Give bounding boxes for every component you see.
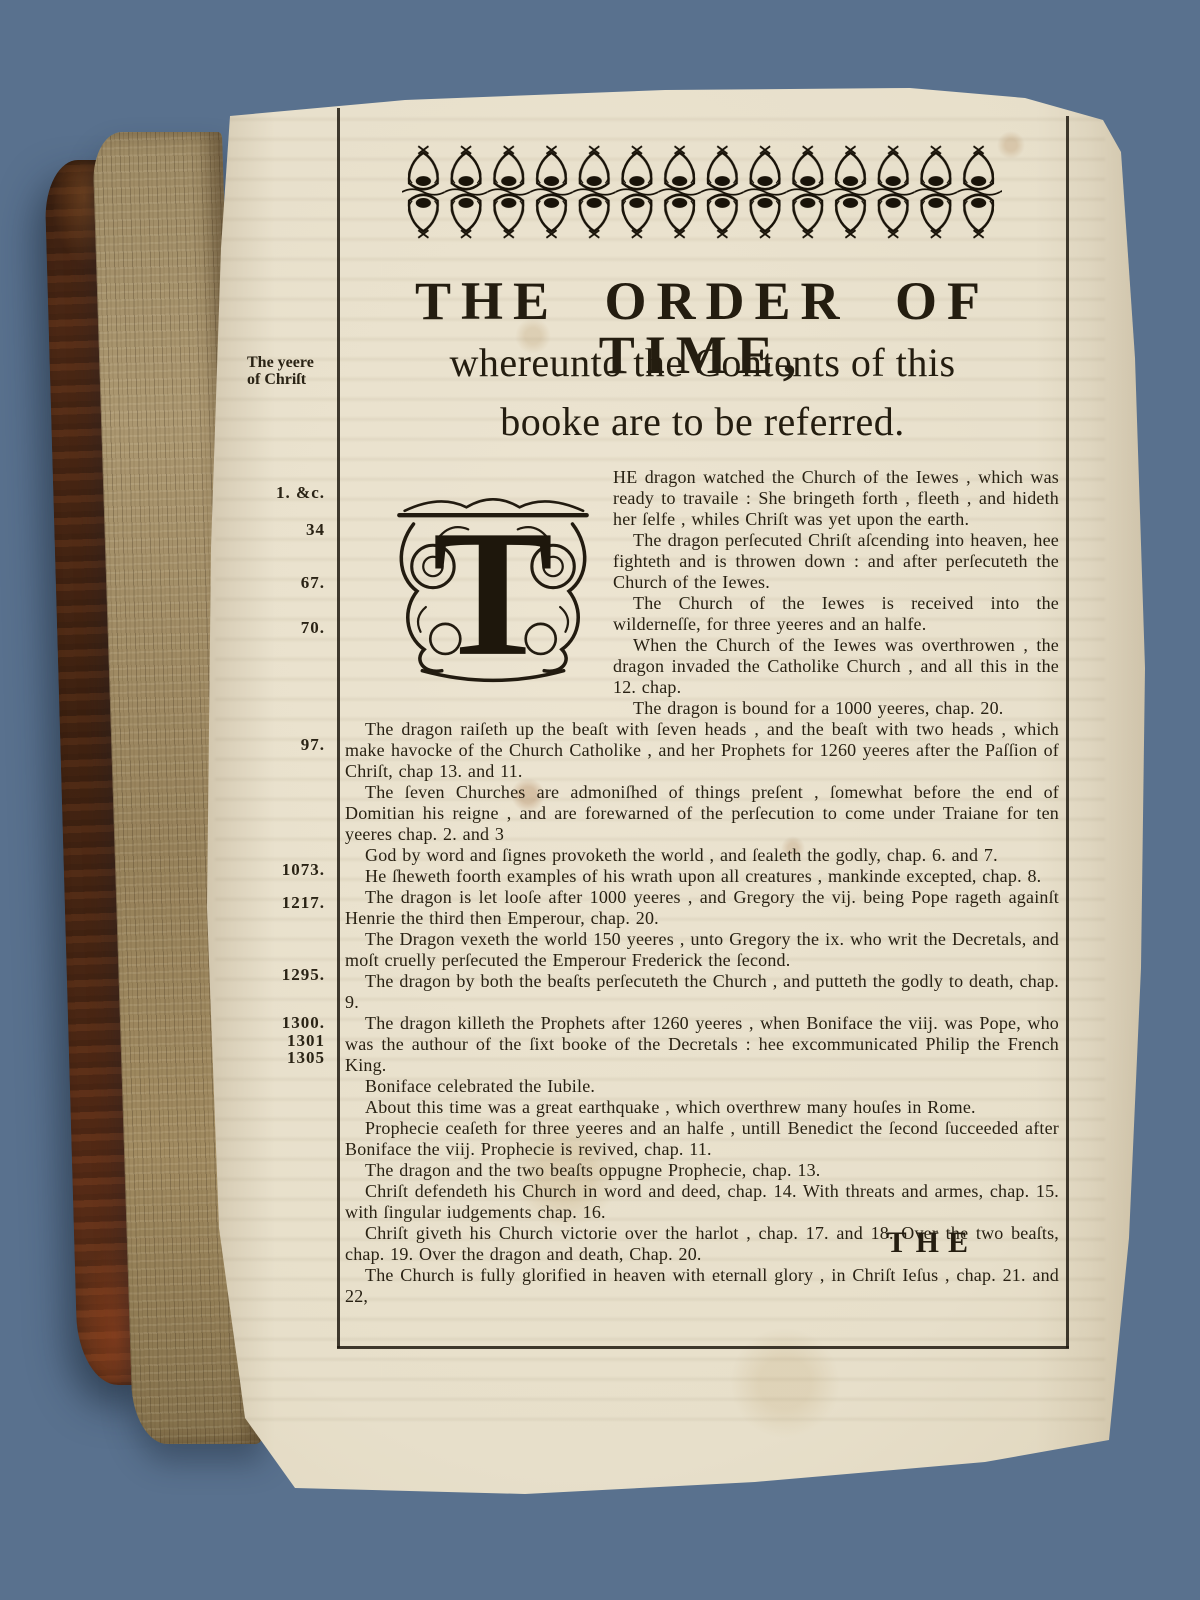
year-value: 1305	[287, 1048, 325, 1067]
year-value: 34	[306, 520, 325, 539]
book-photograph: { "scene": { "background_color": "#59718…	[0, 0, 1200, 1600]
year-label: 97.	[221, 735, 325, 755]
body-paragraph: God by word and ſignes provoketh the wor…	[345, 845, 1059, 866]
year-value: 1. &c.	[276, 483, 325, 502]
body-paragraph: Boniface celebrated the Iubile.	[345, 1076, 1059, 1097]
body-text: T HE dragon watched the Church of the Ie…	[345, 467, 1059, 1307]
body-paragraph: The ſeven Churches are admoniſhed of thi…	[345, 782, 1059, 845]
year-label: 67.	[221, 573, 325, 593]
page-subtitle-line2: booke are to be referred.	[337, 402, 1068, 442]
margin-header-line2: of Chriſt	[247, 371, 335, 388]
year-label: 1295.	[221, 965, 325, 985]
year-label: 34	[221, 520, 325, 540]
year-label: 1217.	[221, 893, 325, 913]
body-paragraph: The dragon killeth the Prophets after 12…	[345, 1013, 1059, 1076]
year-value: 97.	[301, 735, 325, 754]
body-paragraph: The dragon raiſeth up the beaſt with ſev…	[345, 719, 1059, 782]
year-value: 1217.	[282, 893, 325, 912]
margin-column-header: The yeere of Chriſt	[247, 354, 335, 388]
foliate-woodcut-icon: T	[387, 470, 599, 700]
year-label: 70.	[221, 618, 325, 638]
drop-cap-initial: T	[387, 470, 599, 700]
body-paragraph: Prophecie ceaſeth for three yeeres and a…	[345, 1118, 1059, 1160]
fleuron-border-icon	[402, 144, 1002, 240]
body-paragraph: The dragon is bound for a 1000 yeeres, c…	[345, 698, 1059, 719]
text-frame-bottom-rule	[337, 1346, 1069, 1349]
year-label: 1300.	[221, 1013, 325, 1033]
year-label: 1. &c.	[221, 483, 325, 503]
body-paragraph: The Church is fully glorified in heaven …	[345, 1265, 1059, 1307]
body-paragraph: He ſheweth foorth examples of his wrath …	[345, 866, 1059, 887]
year-label: 1073.	[221, 860, 325, 880]
year-value: 67.	[301, 573, 325, 592]
body-paragraph: About this time was a great earthquake ,…	[345, 1097, 1059, 1118]
drop-cap-letter: T	[433, 494, 554, 694]
year-value: 1073.	[282, 860, 325, 879]
year-value: 70.	[301, 618, 325, 637]
body-paragraph: The dragon by both the beaſts perſecutet…	[345, 971, 1059, 1013]
margin-header-line1: The yeere	[247, 354, 335, 371]
body-paragraph: Chriſt defendeth his Church in word and …	[345, 1181, 1059, 1223]
body-paragraph: The Dragon vexeth the world 150 yeeres ,…	[345, 929, 1059, 971]
year-label: 1305	[221, 1048, 325, 1068]
catchword: THE	[745, 1226, 1025, 1260]
page-subtitle-line1: whereunto the Contents of this	[337, 343, 1068, 383]
year-value: 1295.	[282, 965, 325, 984]
body-paragraph: The dragon is let looſe after 1000 yeere…	[345, 887, 1059, 929]
book-page: THE ORDER OF TIME, whereunto the Content…	[185, 88, 1145, 1503]
body-paragraph: The dragon and the two beaſts oppugne Pr…	[345, 1160, 1059, 1181]
year-value: 1300.	[282, 1013, 325, 1032]
